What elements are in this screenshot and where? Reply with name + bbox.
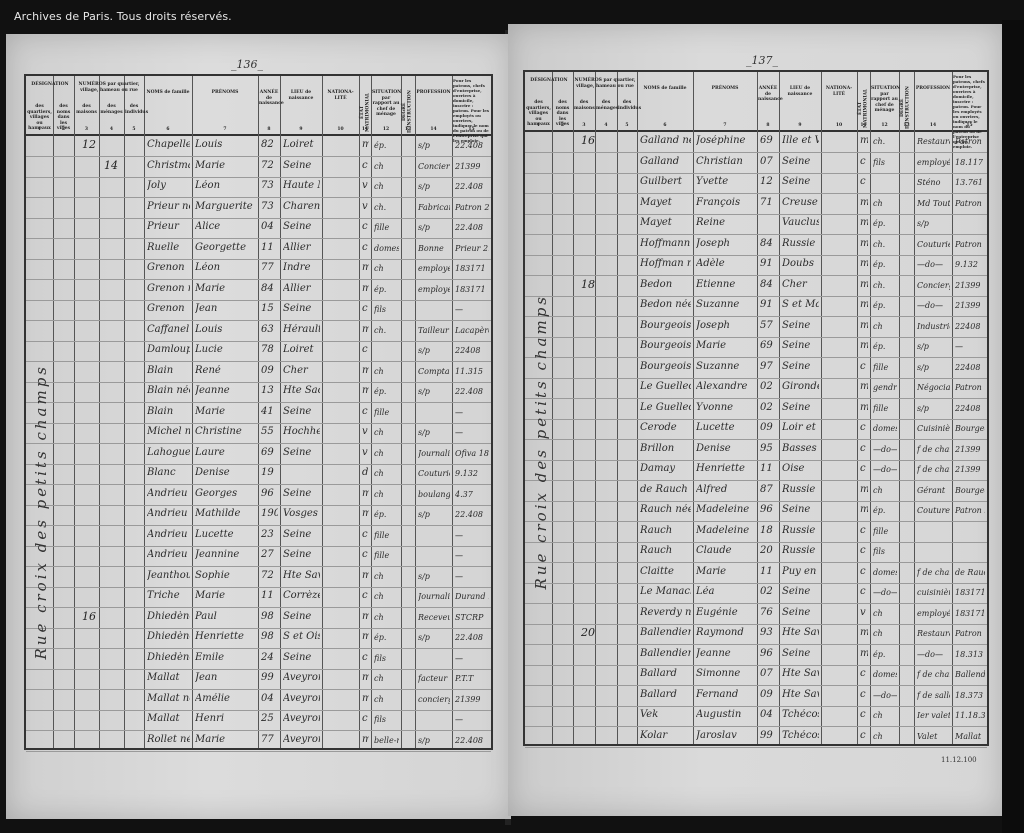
- table-row: ClaitteMarie11Puy en Velaycdomest.f de c…: [525, 563, 987, 584]
- cell-prenom: Marie: [195, 734, 256, 745]
- cell-situation: ch.: [873, 137, 897, 146]
- header-des-individus: des individus: [618, 100, 636, 111]
- cell-profession: Concierge: [418, 162, 450, 171]
- cell-prenom: Marie: [696, 340, 755, 351]
- cell-lieu: Loiret: [283, 344, 320, 355]
- cell-patron: Prieur 21399: [455, 244, 489, 253]
- column-number: 4: [595, 123, 617, 129]
- cell-etat: v: [362, 180, 369, 191]
- cell-annee: 98: [261, 631, 278, 642]
- header-profession: PROFESSION: [416, 90, 451, 96]
- cell-prenom: François: [696, 197, 755, 208]
- header-prenoms: PRÉNOMS: [694, 86, 756, 92]
- cell-etat: v: [860, 607, 868, 618]
- cell-lieu: Cher: [782, 279, 819, 290]
- cell-etat: c: [860, 443, 868, 454]
- cell-profession: boulanger: [418, 490, 450, 499]
- cell-etat: m: [860, 648, 868, 659]
- cell-lieu: Seine: [782, 320, 819, 331]
- cell-profession: Journalier: [418, 449, 450, 458]
- cell-nom: Ruelle: [147, 242, 190, 253]
- cell-lieu: Indre: [283, 262, 320, 273]
- table-row: AndrieuJeannine27Seinecfille—: [26, 546, 491, 567]
- cell-lieu: Basses Inf.: [782, 443, 819, 454]
- cell-annee: 07: [760, 668, 777, 679]
- cell-etat: v: [362, 426, 369, 437]
- table-row: de RauchAlfred87RussiemchGérantBourgeois…: [525, 481, 987, 502]
- cell-nom: Le Guellec née Bourgeois: [640, 402, 691, 413]
- cell-patron: 18.117: [955, 158, 985, 167]
- cell-lieu: Hte Savoie: [782, 689, 819, 700]
- cell-situation: ch: [374, 674, 399, 683]
- cell-etat: c: [860, 525, 868, 536]
- cell-lieu: Seine: [283, 406, 320, 417]
- cell-prenom: Marguerite: [195, 201, 256, 212]
- cell-etat: m: [860, 627, 868, 638]
- column-number: 12: [371, 127, 401, 133]
- cell-patron: 22.408: [455, 387, 489, 396]
- cell-prenom: Jaroslav: [696, 730, 755, 741]
- header-des-menages: des ménages: [596, 100, 616, 111]
- cell-etat: c: [860, 463, 868, 474]
- table-row: BallendierJeanne96Seinemép.—do—18.313: [525, 645, 987, 666]
- column-number: 8: [258, 127, 280, 133]
- cell-patron: 21399: [455, 162, 489, 171]
- cell-nom: Bourgeois: [640, 320, 691, 331]
- table-row: LahogueLaure69SeinevchJournalierOfiva 18…: [26, 444, 491, 465]
- column-number: 14: [914, 123, 952, 129]
- cell-annee: 69: [760, 340, 777, 351]
- cell-profession: s/p: [917, 342, 950, 351]
- cell-lieu: Puy en Velay: [782, 566, 819, 577]
- cell-profession: s/p: [418, 141, 450, 150]
- cell-situation: ép.: [374, 387, 399, 396]
- cell-profession: s/p: [418, 510, 450, 519]
- cell-annee: 84: [261, 283, 278, 294]
- cell-situation: ch: [873, 486, 897, 495]
- cell-prenom: Eugénie: [696, 607, 755, 618]
- cell-situation: —do—: [873, 588, 897, 597]
- header-prenoms: PRÉNOMS: [193, 90, 257, 96]
- cell-lieu: Russie: [782, 484, 819, 495]
- cell-patron: Patron 13.41: [955, 199, 985, 208]
- cell-lieu: Loiret: [283, 139, 320, 150]
- header-noms: NOMS de famille: [145, 90, 191, 96]
- table-row: DamloupLucie78Loiretcs/p22408: [26, 341, 491, 362]
- cell-situation: ch: [374, 428, 399, 437]
- cell-annee: 13: [261, 385, 278, 396]
- cell-situation: ch: [873, 629, 897, 638]
- cell-annee: 24: [261, 652, 278, 663]
- cell-etat: c: [860, 566, 868, 577]
- cell-patron: —: [455, 551, 489, 560]
- cell-profession: Couturière: [418, 469, 450, 478]
- cell-nom: Michel née Mercado: [147, 426, 190, 437]
- cell-annee: 73: [261, 180, 278, 191]
- table-row: Bedon née ThomasSuzanne91S et Marnemép.—…: [525, 296, 987, 317]
- cell-nom: Mallat née Trinet: [147, 693, 190, 704]
- cell-patron: 183171: [955, 588, 985, 597]
- table-row: Mallat née TrinetAmélie04Aveyronmchconci…: [26, 690, 491, 711]
- cell-annee: 82: [261, 139, 278, 150]
- cell-annee: 11: [760, 463, 777, 474]
- cell-profession: employée: [418, 285, 450, 294]
- table-row: VekAugustin04TchécoslovaquiecchIer valet…: [525, 706, 987, 727]
- cell-prenom: Jean: [195, 672, 256, 683]
- cell-prenom: Christine: [195, 426, 256, 437]
- table-row: Le ManachLéa02Seinec—do—cuisinière183171: [525, 583, 987, 604]
- table-row: GrenonLéon77Indremchemployé183171: [26, 259, 491, 280]
- right-page: _137_ DÉSIGNATIONNUMÉROS par quartier, v…: [508, 24, 1002, 816]
- cell-nom: Mayet: [640, 217, 691, 228]
- cell-profession: cuisinière: [917, 588, 950, 597]
- cell-profession: f de chambre: [917, 465, 950, 474]
- table-row: BallardFernand09Hte Savoiec—do—f de sall…: [525, 686, 987, 707]
- column-number: 1: [525, 123, 552, 129]
- cell-patron: 22.408: [455, 141, 489, 150]
- header-patrons: Pour les patrons, chefs d'entreprise, ou…: [453, 78, 490, 143]
- cell-annee: 78: [261, 344, 278, 355]
- cell-lieu: Charente: [283, 201, 320, 212]
- cell-nom: Dhiedène: [147, 611, 190, 622]
- cell-etat: m: [860, 217, 868, 228]
- cell-annee: 04: [261, 693, 278, 704]
- cell-etat: m: [860, 238, 868, 249]
- header-profession: PROFESSION: [915, 86, 951, 92]
- cell-profession: s/p: [418, 387, 450, 396]
- cell-situation: ch.: [873, 281, 897, 290]
- cell-patron: Mallat: [955, 732, 985, 741]
- cell-profession: Receveur: [418, 613, 450, 622]
- cell-situation: fille: [374, 551, 399, 560]
- cell-situation: ép.: [374, 285, 399, 294]
- cell-annee: 18: [760, 525, 777, 536]
- scan-border: [1002, 20, 1024, 833]
- table-row: BourgeoisJoseph57SeinemchIndustriel22408: [525, 317, 987, 338]
- cell-prenom: Léon: [195, 180, 256, 191]
- cell-prenom: Georgette: [195, 242, 256, 253]
- cell-situation: —do—: [873, 465, 897, 474]
- cell-prenom: Joseph: [696, 320, 755, 331]
- cell-patron: P.T.T: [455, 674, 489, 683]
- cell-prenom: Léa: [696, 586, 755, 597]
- house-number: 12: [82, 138, 96, 151]
- cell-annee: 99: [261, 672, 278, 683]
- cell-annee: 11: [760, 566, 777, 577]
- cell-patron: —: [455, 715, 489, 724]
- cell-situation: ch: [374, 695, 399, 704]
- cell-nom: Ballard: [640, 689, 691, 700]
- cell-etat: c: [860, 361, 868, 372]
- cell-annee: 71: [760, 197, 777, 208]
- cell-situation: ch: [873, 322, 897, 331]
- cell-prenom: Alexandre: [696, 381, 755, 392]
- cell-patron: 183171: [455, 285, 489, 294]
- cell-situation: ch: [374, 449, 399, 458]
- cell-profession: s/p: [418, 223, 450, 232]
- cell-etat: d: [362, 467, 369, 478]
- cell-situation: ch: [374, 162, 399, 171]
- cell-profession: Concierge: [917, 281, 950, 290]
- cell-nom: Rauch: [640, 545, 691, 556]
- cell-situation: ch.: [374, 203, 399, 212]
- table-row: Reverdy née BrunelEugénie76Seinevchemplo…: [525, 604, 987, 625]
- cell-profession: employé: [917, 158, 950, 167]
- cell-patron: Patron 18.311: [955, 137, 985, 146]
- cell-annee: 09: [760, 422, 777, 433]
- header-des-individus: des individus: [125, 104, 143, 115]
- cell-annee: 02: [760, 586, 777, 597]
- cell-profession: f de chambre: [917, 568, 950, 577]
- cell-etat: m: [860, 320, 868, 331]
- cell-patron: Ballendier 21399: [955, 670, 985, 679]
- cell-annee: 96: [760, 648, 777, 659]
- cell-annee: 15: [261, 303, 278, 314]
- cell-nom: Dhiedène: [147, 652, 190, 663]
- header-situation: SITUATION par rapport au chef de ménage: [372, 90, 400, 118]
- table-row: BrillonDenise95Basses Inf.c—do—f de cham…: [525, 440, 987, 461]
- cell-patron: 13.761: [955, 178, 985, 187]
- cell-nom: Grenon née Dufresnois: [147, 283, 190, 294]
- cell-prenom: Lucie: [195, 344, 256, 355]
- street-name: Rue croix des petits champs: [532, 294, 550, 590]
- column-number: 11: [857, 123, 870, 129]
- cell-prenom: Simonne: [696, 668, 755, 679]
- cell-lieu: Gironde: [782, 381, 819, 392]
- cell-prenom: Christian: [696, 156, 755, 167]
- cell-etat: m: [860, 484, 868, 495]
- cell-patron: 21399: [955, 281, 985, 290]
- header-nationalite: NATIONA-LITÉ: [323, 90, 358, 101]
- table-row: Bourgeois née LamyMarie69Seinemép.s/p—: [525, 337, 987, 358]
- cell-etat: c: [860, 730, 868, 741]
- cell-etat: c: [362, 303, 369, 314]
- cell-profession: f de chambre: [917, 445, 950, 454]
- cell-profession: Bonne: [418, 244, 450, 253]
- column-number: 2: [53, 127, 74, 133]
- cell-annee: 95: [760, 443, 777, 454]
- cell-annee: 93: [760, 627, 777, 638]
- cell-prenom: Yvonne: [696, 402, 755, 413]
- header-des-maisons: des maisons: [75, 104, 98, 115]
- cell-situation: ch: [873, 711, 897, 720]
- cell-nom: Hoffman née Levy: [640, 258, 691, 269]
- cell-nom: Chapelle: [147, 139, 190, 150]
- cell-prenom: Claude: [696, 545, 755, 556]
- cell-lieu: Seine: [782, 402, 819, 413]
- header-situation: SITUATION par rapport au chef de ménage: [871, 86, 898, 114]
- cell-lieu: Vaucluse: [782, 217, 819, 228]
- cell-nom: Brillon: [640, 443, 691, 454]
- cell-prenom: Marie: [195, 283, 256, 294]
- header-nationalite: NATIONA-LITÉ: [822, 86, 856, 97]
- cell-annee: 91: [760, 258, 777, 269]
- cell-prenom: Georges: [195, 488, 256, 499]
- cell-patron: Patron 16.9.132: [955, 240, 985, 249]
- cell-lieu: S et Oise: [283, 631, 320, 642]
- cell-profession: f de salle: [917, 691, 950, 700]
- cell-etat: c: [362, 344, 369, 355]
- cell-nom: Claitte: [640, 566, 691, 577]
- cell-patron: 4.37: [455, 490, 489, 499]
- cell-profession: s/p: [418, 182, 450, 191]
- cell-annee: 12: [760, 176, 777, 187]
- cell-profession: employé: [418, 264, 450, 273]
- cell-patron: Patron 18.314: [955, 383, 985, 392]
- table-row: BlainMarie41Seinecfille—: [26, 403, 491, 424]
- cell-lieu: Seine: [782, 176, 819, 187]
- cell-etat: m: [362, 693, 369, 704]
- table-row: RuelleGeorgette11Alliercdomest.BonnePrie…: [26, 239, 491, 260]
- cell-prenom: Émile: [195, 652, 256, 663]
- column-number: 9: [779, 123, 821, 129]
- column-number: 14: [415, 127, 452, 133]
- cell-lieu: Hte Savoie: [782, 668, 819, 679]
- cell-patron: —: [455, 408, 489, 417]
- table-row: MayetReineVauclusemép.s/p: [525, 214, 987, 235]
- table-row: KolarJaroslav99TchécoslovaquiecchValetMa…: [525, 727, 987, 748]
- cell-lieu: Loir et Cher: [782, 422, 819, 433]
- cell-nom: Ballendier: [640, 627, 691, 638]
- cell-patron: 21399: [955, 445, 985, 454]
- cell-nom: Grenon: [147, 303, 190, 314]
- cell-nom: Mallat: [147, 672, 190, 683]
- cell-annee: 73: [261, 201, 278, 212]
- cell-annee: 57: [760, 320, 777, 331]
- table-row: BlainRené09ChermchComptable11.315: [26, 362, 491, 383]
- cell-patron: 11.18.373: [955, 711, 985, 720]
- header-annee: ANNÉE de naissance: [259, 90, 279, 107]
- cell-etat: v: [362, 201, 369, 212]
- cell-situation: fille: [374, 408, 399, 417]
- cell-profession: Ier valet: [917, 711, 950, 720]
- cell-lieu: Aveyron: [283, 734, 320, 745]
- cell-lieu: Hérault: [283, 324, 320, 335]
- table-row: Michel née MercadoChristine55Hochheimvch…: [26, 423, 491, 444]
- cell-situation: ép.: [873, 260, 897, 269]
- cell-etat: m: [362, 488, 369, 499]
- cell-situation: fils: [374, 305, 399, 314]
- cell-situation: ch: [374, 264, 399, 273]
- cell-situation: ép.: [873, 650, 897, 659]
- cell-situation: ép.: [374, 633, 399, 642]
- cell-situation: fille: [873, 404, 897, 413]
- cell-nom: Blanc: [147, 467, 190, 478]
- cell-patron: 183171: [455, 264, 489, 273]
- table-row: DamayHenriette11Oisec—do—f de chambre213…: [525, 460, 987, 481]
- cell-lieu: Seine: [283, 221, 320, 232]
- cell-profession: Comptable: [418, 367, 450, 376]
- cell-nom: Caffanel: [147, 324, 190, 335]
- cell-lieu: Aveyron: [283, 713, 320, 724]
- cell-annee: 09: [760, 689, 777, 700]
- cell-lieu: Hte Savoie: [283, 570, 320, 581]
- cell-annee: 87: [760, 484, 777, 495]
- table-row: GuilbertYvette12SeinecSténo13.761: [525, 173, 987, 194]
- cell-annee: 20: [760, 545, 777, 556]
- header-designation: DÉSIGNATION: [26, 82, 74, 88]
- table-row: Hoffman née LevyAdèle91Doubsmép.—do—9.13…: [525, 255, 987, 276]
- cell-profession: Sténo: [917, 178, 950, 187]
- cell-prenom: Fernand: [696, 689, 755, 700]
- cell-patron: 22408: [955, 363, 985, 372]
- house-number: 16: [581, 134, 595, 147]
- cell-patron: Patron 9.132: [955, 506, 985, 515]
- cell-patron: 18.373: [955, 691, 985, 700]
- cell-annee: 25: [261, 713, 278, 724]
- archive-watermark: Archives de Paris. Tous droits réservés.: [14, 10, 232, 23]
- cell-situation: ép.: [873, 219, 897, 228]
- table-row: JolyLéon73Haute Marnevchs/p22.408: [26, 177, 491, 198]
- cell-annee: 11: [261, 590, 278, 601]
- cell-etat: c: [362, 549, 369, 560]
- column-number: 8: [757, 123, 779, 129]
- cell-lieu: Seine: [782, 586, 819, 597]
- cell-lieu: Seine: [283, 529, 320, 540]
- cell-etat: m: [362, 570, 369, 581]
- header-lieu: LIEU de naissance: [281, 90, 321, 101]
- cell-nom: Blain née Grandlouis: [147, 385, 190, 396]
- cell-patron: —: [455, 305, 489, 314]
- cell-etat: m: [362, 283, 369, 294]
- cell-prenom: Adèle: [696, 258, 755, 269]
- cell-prenom: Jeanne: [195, 385, 256, 396]
- cell-patron: 21399: [955, 465, 985, 474]
- cell-nom: Andrieu: [147, 529, 190, 540]
- cell-nom: Rauch: [640, 525, 691, 536]
- cell-etat: c: [860, 545, 868, 556]
- cell-prenom: Raymond: [696, 627, 755, 638]
- cell-situation: ch: [374, 572, 399, 581]
- cell-profession: Journalier: [418, 592, 450, 601]
- cell-situation: fils: [374, 654, 399, 663]
- column-number: 6: [144, 127, 192, 133]
- cell-patron: —: [455, 531, 489, 540]
- cell-etat: c: [860, 422, 868, 433]
- cell-profession: Cuisinière: [917, 424, 950, 433]
- cell-situation: domest.: [873, 568, 897, 577]
- column-number: 11: [359, 127, 371, 133]
- cell-nom: Reverdy née Brunel: [640, 607, 691, 618]
- cell-patron: 9.132: [955, 260, 985, 269]
- cell-nom: Triche: [147, 590, 190, 601]
- table-row: GallandChristian07Seinecfilsemployé18.11…: [525, 153, 987, 174]
- column-number: 3: [74, 127, 99, 133]
- cell-etat: c: [860, 709, 868, 720]
- cell-etat: c: [362, 160, 369, 171]
- cell-nom: Rauch née Bourgeois: [640, 504, 691, 515]
- column-number: 12: [870, 123, 899, 129]
- table-row: BourgeoisSuzanne97Seinecfilles/p22408: [525, 358, 987, 379]
- cell-etat: c: [362, 242, 369, 253]
- cell-nom: Joly: [147, 180, 190, 191]
- cell-patron: 183171: [955, 609, 985, 618]
- cell-patron: 22408: [955, 322, 985, 331]
- table-row: BallardSimonne07Hte Savoiecdomest.f de c…: [525, 665, 987, 686]
- cell-profession: concierge: [418, 695, 450, 704]
- table-row: Rollet née VanotMarie77Aveyronmbelle-mèr…: [26, 731, 491, 752]
- cell-lieu: Seine: [782, 648, 819, 659]
- cell-prenom: Suzanne: [696, 299, 755, 310]
- cell-etat: m: [860, 258, 868, 269]
- cell-patron: 22.408: [455, 182, 489, 191]
- cell-situation: ép.: [873, 301, 897, 310]
- cell-etat: m: [362, 611, 369, 622]
- cell-lieu: Hochheim: [283, 426, 320, 437]
- cell-patron: 22.408: [455, 510, 489, 519]
- cell-profession: Couturier: [917, 240, 950, 249]
- cell-lieu: Tchécoslovaquie: [782, 709, 819, 720]
